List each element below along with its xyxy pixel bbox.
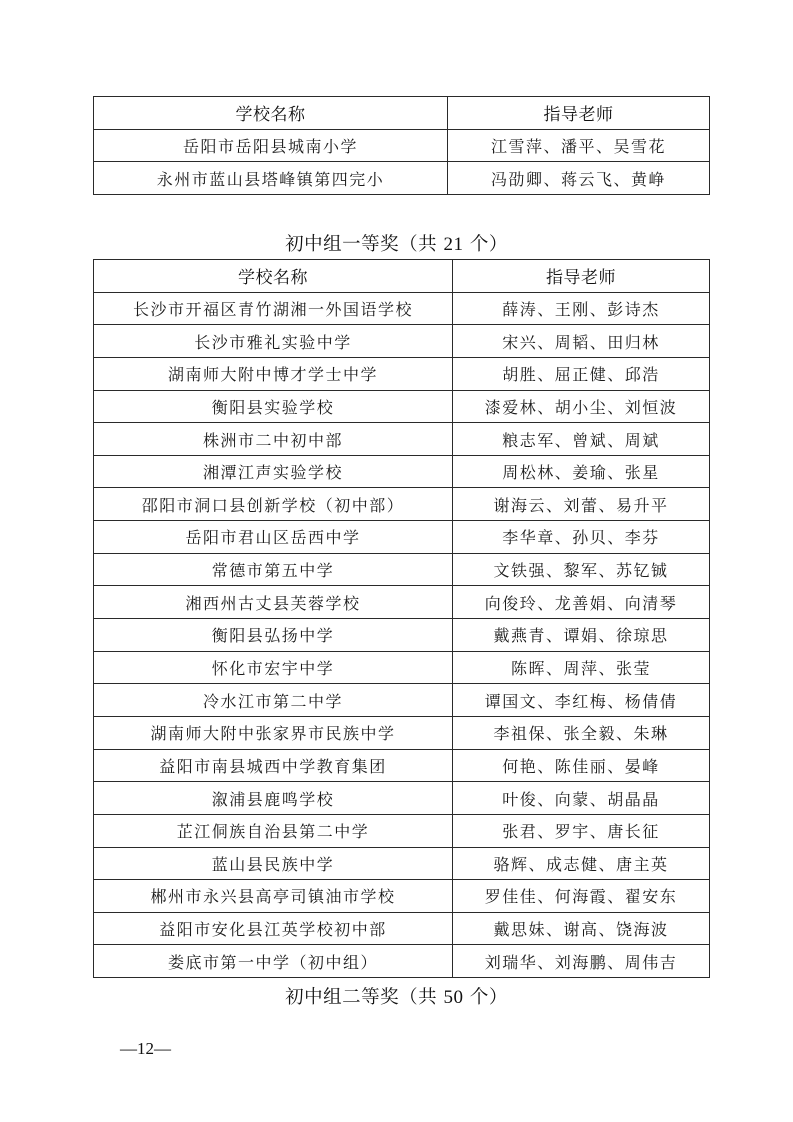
table-row: 冷水江市第二中学谭国文、李红梅、杨倩倩 <box>94 684 710 717</box>
school-name-cell: 怀化市宏宇中学 <box>94 651 453 684</box>
table-row: 株洲市二中初中部粮志军、曾斌、周斌 <box>94 423 710 456</box>
teachers-header: 指导老师 <box>453 260 710 293</box>
table-row: 常德市第五中学文铁强、黎军、苏钇铖 <box>94 553 710 586</box>
table-row: 郴州市永兴县高亭司镇油市学校罗佳佳、何海霞、翟安东 <box>94 880 710 913</box>
school-name-cell: 衡阳县弘扬中学 <box>94 619 453 652</box>
table-row: 湖南师大附中张家界市民族中学李祖保、张全毅、朱琳 <box>94 716 710 749</box>
teachers-cell: 罗佳佳、何海霞、翟安东 <box>453 880 710 913</box>
table-row: 溆浦县鹿鸣学校叶俊、向蒙、胡晶晶 <box>94 782 710 815</box>
junior-first-prize-title: 初中组一等奖（共 21 个） <box>0 230 793 256</box>
teachers-cell: 谢海云、刘蕾、易升平 <box>453 488 710 521</box>
table-row: 湘潭江声实验学校周松林、姜瑜、张星 <box>94 455 710 488</box>
table-header-row: 学校名称 指导老师 <box>94 97 710 130</box>
title-suffix: 个） <box>464 234 508 255</box>
school-name-cell: 芷江侗族自治县第二中学 <box>94 814 453 847</box>
table-row: 永州市蓝山县塔峰镇第四完小 冯劭卿、蒋云飞、黄峥 <box>94 162 710 195</box>
school-name-cell: 湘潭江声实验学校 <box>94 455 453 488</box>
teachers-cell: 胡胜、屈正健、邱浩 <box>453 357 710 390</box>
teachers-cell: 李华章、孙贝、李芬 <box>453 521 710 554</box>
award-count: 50 <box>444 987 464 1008</box>
teachers-cell: 李祖保、张全毅、朱琳 <box>453 716 710 749</box>
teachers-cell: 漆爱林、胡小尘、刘恒波 <box>453 390 710 423</box>
table-row: 怀化市宏宇中学陈晖、周萍、张莹 <box>94 651 710 684</box>
teachers-cell: 叶俊、向蒙、胡晶晶 <box>453 782 710 815</box>
school-name-cell: 湖南师大附中博才学士中学 <box>94 357 453 390</box>
school-name-header: 学校名称 <box>94 97 448 130</box>
page-number: —12— <box>120 1039 171 1059</box>
table-row: 长沙市雅礼实验中学宋兴、周韬、田归林 <box>94 325 710 358</box>
table-row: 衡阳县实验学校漆爱林、胡小尘、刘恒波 <box>94 390 710 423</box>
table-row: 芷江侗族自治县第二中学张君、罗宇、唐长征 <box>94 814 710 847</box>
table-row: 娄底市第一中学（初中组）刘瑞华、刘海鹏、周伟吉 <box>94 945 710 978</box>
table-row: 湖南师大附中博才学士中学胡胜、屈正健、邱浩 <box>94 357 710 390</box>
teachers-cell: 骆辉、成志健、唐主英 <box>453 847 710 880</box>
teachers-cell: 谭国文、李红梅、杨倩倩 <box>453 684 710 717</box>
teachers-cell: 戴思妹、谢高、饶海波 <box>453 912 710 945</box>
table-row: 蓝山县民族中学骆辉、成志健、唐主英 <box>94 847 710 880</box>
school-name-cell: 湖南师大附中张家界市民族中学 <box>94 716 453 749</box>
table-row: 岳阳市岳阳县城南小学 江雪萍、潘平、吴雪花 <box>94 129 710 162</box>
teachers-cell: 向俊玲、龙善娟、向清琴 <box>453 586 710 619</box>
school-name-cell: 长沙市开福区青竹湖湘一外国语学校 <box>94 292 453 325</box>
junior-first-prize-table: 学校名称 指导老师 长沙市开福区青竹湖湘一外国语学校薛涛、王刚、彭诗杰 长沙市雅… <box>93 259 710 978</box>
school-name-cell: 益阳市南县城西中学教育集团 <box>94 749 453 782</box>
continued-award-table: 学校名称 指导老师 岳阳市岳阳县城南小学 江雪萍、潘平、吴雪花 永州市蓝山县塔峰… <box>93 96 710 195</box>
table-row: 邵阳市洞口县创新学校（初中部）谢海云、刘蕾、易升平 <box>94 488 710 521</box>
school-name-cell: 蓝山县民族中学 <box>94 847 453 880</box>
table-row: 益阳市南县城西中学教育集团何艳、陈佳丽、晏峰 <box>94 749 710 782</box>
table-header-row: 学校名称 指导老师 <box>94 260 710 293</box>
school-name-cell: 邵阳市洞口县创新学校（初中部） <box>94 488 453 521</box>
school-name-cell: 湘西州古丈县芙蓉学校 <box>94 586 453 619</box>
award-count: 21 <box>444 234 464 255</box>
title-suffix: 个） <box>464 987 508 1008</box>
school-name-cell: 株洲市二中初中部 <box>94 423 453 456</box>
teachers-cell: 戴燕青、谭娟、徐琼思 <box>453 619 710 652</box>
school-name-cell: 永州市蓝山县塔峰镇第四完小 <box>94 162 448 195</box>
school-name-header: 学校名称 <box>94 260 453 293</box>
school-name-cell: 岳阳市岳阳县城南小学 <box>94 129 448 162</box>
junior-second-prize-title: 初中组二等奖（共 50 个） <box>0 983 793 1009</box>
title-prefix: 初中组二等奖（共 <box>285 987 443 1008</box>
teachers-cell: 粮志军、曾斌、周斌 <box>453 423 710 456</box>
school-name-cell: 长沙市雅礼实验中学 <box>94 325 453 358</box>
teachers-cell: 何艳、陈佳丽、晏峰 <box>453 749 710 782</box>
teachers-cell: 江雪萍、潘平、吴雪花 <box>448 129 710 162</box>
school-name-cell: 郴州市永兴县高亭司镇油市学校 <box>94 880 453 913</box>
school-name-cell: 衡阳县实验学校 <box>94 390 453 423</box>
teachers-cell: 陈晖、周萍、张莹 <box>453 651 710 684</box>
school-name-cell: 益阳市安化县江英学校初中部 <box>94 912 453 945</box>
school-name-cell: 常德市第五中学 <box>94 553 453 586</box>
teachers-header: 指导老师 <box>448 97 710 130</box>
teachers-cell: 周松林、姜瑜、张星 <box>453 455 710 488</box>
school-name-cell: 娄底市第一中学（初中组） <box>94 945 453 978</box>
teachers-cell: 宋兴、周韬、田归林 <box>453 325 710 358</box>
title-prefix: 初中组一等奖（共 <box>285 234 443 255</box>
table-row: 湘西州古丈县芙蓉学校向俊玲、龙善娟、向清琴 <box>94 586 710 619</box>
teachers-cell: 刘瑞华、刘海鹏、周伟吉 <box>453 945 710 978</box>
teachers-cell: 张君、罗宇、唐长征 <box>453 814 710 847</box>
table-row: 益阳市安化县江英学校初中部戴思妹、谢高、饶海波 <box>94 912 710 945</box>
teachers-cell: 文铁强、黎军、苏钇铖 <box>453 553 710 586</box>
table-row: 岳阳市君山区岳西中学李华章、孙贝、李芬 <box>94 521 710 554</box>
school-name-cell: 冷水江市第二中学 <box>94 684 453 717</box>
table-row: 衡阳县弘扬中学戴燕青、谭娟、徐琼思 <box>94 619 710 652</box>
school-name-cell: 溆浦县鹿鸣学校 <box>94 782 453 815</box>
teachers-cell: 薛涛、王刚、彭诗杰 <box>453 292 710 325</box>
table-row: 长沙市开福区青竹湖湘一外国语学校薛涛、王刚、彭诗杰 <box>94 292 710 325</box>
teachers-cell: 冯劭卿、蒋云飞、黄峥 <box>448 162 710 195</box>
school-name-cell: 岳阳市君山区岳西中学 <box>94 521 453 554</box>
